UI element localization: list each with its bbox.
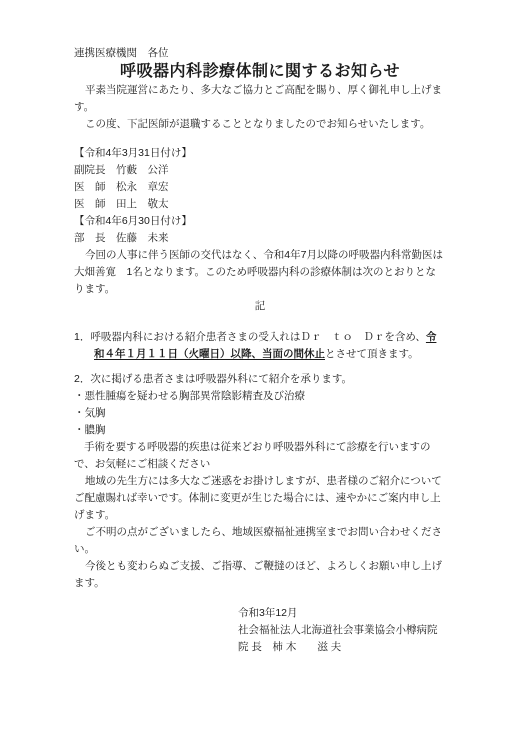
item2-surgery-note: 手術を要する呼吸器的疾患は従来どおり呼吸器外科にて診療を行いますので、お気軽にご… [74,439,446,473]
paragraph-staffing: 今回の人事に伴う医師の交代はなく、令和4年7月以降の呼吸器内科常勤医は 大畑善寛… [74,247,446,298]
paragraph-closing-thanks: 今後とも変わらぬご支援、ご指導、ご鞭撻のほど、よろしくお願い申し上げます。 [74,558,446,592]
item2-bullet-tumor: ・悪性腫瘍を疑わせる胸部異常陰影精査及び治療 [74,388,446,405]
notice-document-page: 連携医療機関 各位 呼吸器内科診療体制に関するお知らせ 平素当院運営にあたり、多… [0,0,516,730]
notice-item-2: 2．次に掲げる患者さまは呼吸器外科にて紹介を承ります。 ・悪性腫瘍を疑わせる胸部… [74,371,446,473]
item1-suffix-text: とさせて頂きます。 [325,348,419,360]
paragraph-retirement-announcement: この度、下記医師が退職することとなりましたのでお知らせいたします。 [74,116,446,133]
signature-block: 令和3年12月 社会福祉法人北海道社会事業協会小樽病院 院 長 柿 木 滋 夫 [238,605,446,656]
item2-bullet-pyothorax: ・膿胸 [74,422,446,439]
item1-prefix-text: 1．呼吸器内科における紹介患者さまの受入れはＤｒ ｔｏ Ｄｒを含め、 [74,331,426,343]
retirement-entry-doctor-2: 医 師 田上 敬太 [74,196,446,213]
paragraph-closing-contact: ご不明の点がございましたら、地域医療福祉連携室までお問い合わせください。 [74,524,446,558]
recipient-line: 連携医療機関 各位 [74,45,446,62]
paragraph-greeting: 平素当院運営にあたり、多大なご協力とご高配を賜り、厚く御礼申し上げます。 [74,82,446,116]
retirement-date-heading-2: 【令和4年6月30日付け】 [74,213,446,230]
retirement-entry-vice-director: 副院長 竹藪 公洋 [74,162,446,179]
document-title: 呼吸器内科診療体制に関するお知らせ [74,62,446,82]
retirement-date-heading-1: 【令和4年3月31日付け】 [74,145,446,162]
retirement-entry-department-head: 部 長 佐藤 未来 [74,230,446,247]
notice-item-1: 1．呼吸器内科における紹介患者さまの受入れはＤｒ ｔｏ Ｄｒを含め、令和４年１月… [74,329,446,363]
retirement-entry-doctor-1: 医 師 松永 章宏 [74,179,446,196]
signature-date: 令和3年12月 [238,605,446,622]
retirement-list: 【令和4年3月31日付け】 副院長 竹藪 公洋 医 師 松永 章宏 医 師 田上… [74,145,446,247]
signature-organization: 社会福祉法人北海道社会事業協会小樽病院 [238,622,446,639]
item2-heading: 2．次に掲げる患者さまは呼吸器外科にて紹介を承ります。 [74,371,446,388]
item2-bullet-pneumothorax: ・気胸 [74,405,446,422]
paragraph-closing-consideration: 地域の先生方には多大なご迷惑をお掛けしますが、患者様のご紹介についてご配慮賜れば… [74,473,446,524]
ki-marker: 記 [74,298,446,315]
signature-director-name: 院 長 柿 木 滋 夫 [238,639,446,656]
